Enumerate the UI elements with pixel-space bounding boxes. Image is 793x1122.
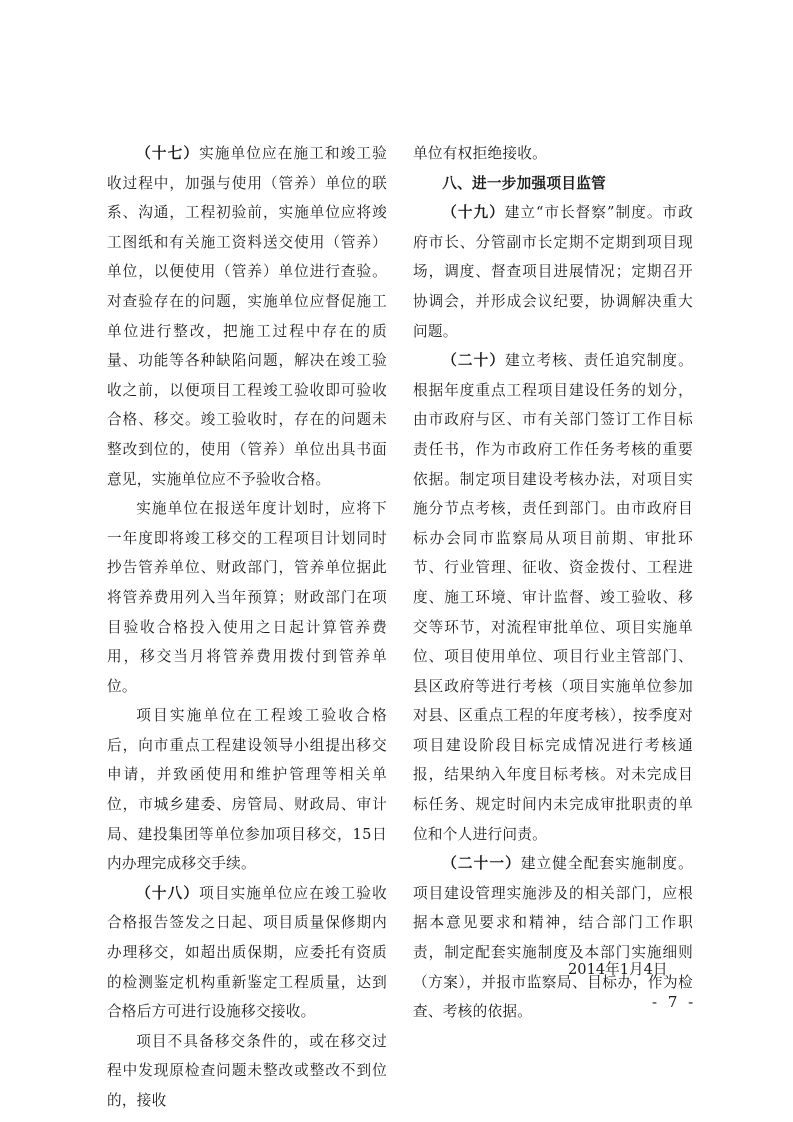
document-date: 2014年1月4日 [568, 958, 668, 982]
right-column: 单位有权拒绝接收。 八、进一步加强项目监管 （十九）建立“市长督察”制度。市政府… [413, 139, 693, 1027]
clause-number: （二十） [442, 352, 505, 369]
clause-text: 实施单位应在施工和竣工验收过程中，加强与使用（管养）单位的联系、沟通，工程初验前… [107, 145, 387, 488]
clause-text: 建立健全配套实施制度。项目建设管理实施涉及的相关部门，应根据本意见要求和精神，结… [413, 855, 693, 1020]
paragraph-annual-plan: 实施单位在报送年度计划时，应将下一年度即将竣工移交的工程项目计划同时抄告管养单位… [107, 494, 387, 701]
paragraph-20: （二十）建立考核、责任追究制度。根据年度重点工程项目建设任务的划分，由市政府与区… [413, 346, 693, 849]
clause-text: 建立考核、责任追究制度。根据年度重点工程项目建设任务的划分，由市政府与区、市有关… [413, 352, 693, 843]
section-heading: 八、进一步加强项目监管 [413, 169, 693, 199]
paragraph-rejection: 项目不具备移交条件的，或在移交过程中发现原检查问题未整改或整改不到位的，接收 [107, 1027, 387, 1116]
clause-number: （十七） [136, 145, 199, 162]
clause-number: （十九） [442, 204, 505, 221]
page-number: - 7 - [652, 990, 696, 1014]
clause-text: 项目实施单位应在竣工验收合格报告签发之日起、项目质量保修期内办理移交，如超出质保… [107, 885, 387, 1020]
clause-text: 建立“市长督察”制度。市政府市长、分管副市长定期不定期到项目现场，调度、督查项目… [413, 204, 693, 339]
paragraph-transfer-application: 项目实施单位在工程竣工验收合格后，向市重点工程建设领导小组提出移交申请，并致函使… [107, 701, 387, 879]
paragraph-21: （二十一）建立健全配套实施制度。项目建设管理实施涉及的相关部门，应根据本意见要求… [413, 849, 693, 1027]
left-column: （十七）实施单位应在施工和竣工验收过程中，加强与使用（管养）单位的联系、沟通，工… [107, 139, 387, 1116]
clause-number: （十八） [136, 885, 199, 902]
clause-number: （二十一） [442, 855, 521, 872]
paragraph-rejection-continued: 单位有权拒绝接收。 [413, 139, 693, 169]
paragraph-19: （十九）建立“市长督察”制度。市政府市长、分管副市长定期不定期到项目现场，调度、… [413, 198, 693, 346]
paragraph-18: （十八）项目实施单位应在竣工验收合格报告签发之日起、项目质量保修期内办理移交，如… [107, 879, 387, 1027]
paragraph-17: （十七）实施单位应在施工和竣工验收过程中，加强与使用（管养）单位的联系、沟通，工… [107, 139, 387, 494]
